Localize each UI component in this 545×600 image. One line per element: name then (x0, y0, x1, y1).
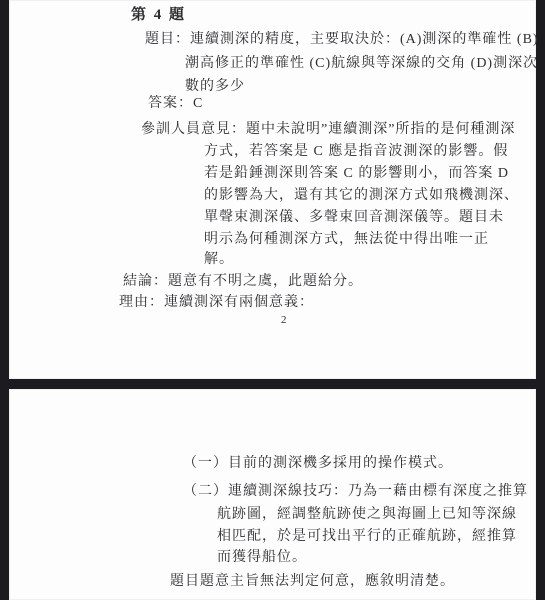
closing-line: 題目題意主旨無法判定何意，應敘明清楚。 (170, 573, 455, 591)
opinion-line: 明示為何種測深方式，無法從中得出唯一正 (204, 231, 489, 249)
opinion-line: 的影響為大，還有其它的測深方式如飛機測深、 (204, 187, 519, 205)
page-number: 2 (281, 311, 287, 329)
opinion-line: 若是鉛錘測深則答案 C 的影響則小，而答案 D (204, 165, 509, 183)
opinion-line: 方式，若答案是 C 應是指音波測深的影響。假 (204, 143, 508, 161)
opinion-line: 參訓人員意見：題中未說明”連續測深”所指的是何種測深 (141, 121, 515, 139)
document-page-top: 第 4 題 題目：連續測深的精度，主要取決於：(A)測深的準確性 (B) 潮高修… (9, 0, 536, 379)
answer-line: 答案：C (148, 95, 203, 113)
list-line: （一）目前的測深機多採用的操作模式。 (183, 455, 453, 473)
list-line: 而獲得船位。 (217, 549, 307, 567)
opinion-line: 解。 (204, 251, 234, 269)
list-line: 航跡圖，經調整航跡使之與海圖上已知等深線 (217, 506, 517, 524)
question-line: 潮高修正的準確性 (C)航線與等深線的交角 (D)測深次 (185, 55, 538, 73)
opinion-line: 單聲束測深儀、多聲束回音測深儀等。題目未 (204, 209, 504, 227)
list-line: （二）連續測深線技巧：乃為一藉由標有深度之推算 (183, 483, 528, 501)
conclusion-line: 結論：題意有不明之虞，此題給分。 (123, 273, 363, 291)
document-page-bottom: （一）目前的測深機多採用的操作模式。 （二）連續測深線技巧：乃為一藉由標有深度之… (9, 389, 536, 600)
question-line: 題目：連續測深的精度，主要取決於：(A)測深的準確性 (B) (145, 31, 539, 49)
question-line: 數的多少 (185, 78, 245, 96)
reason-line: 理由：連續測深有兩個意義： (119, 294, 314, 312)
list-line: 相匹配，於是可找出平行的正確航跡，經推算 (217, 528, 517, 546)
question-heading: 第 4 題 (131, 6, 186, 24)
